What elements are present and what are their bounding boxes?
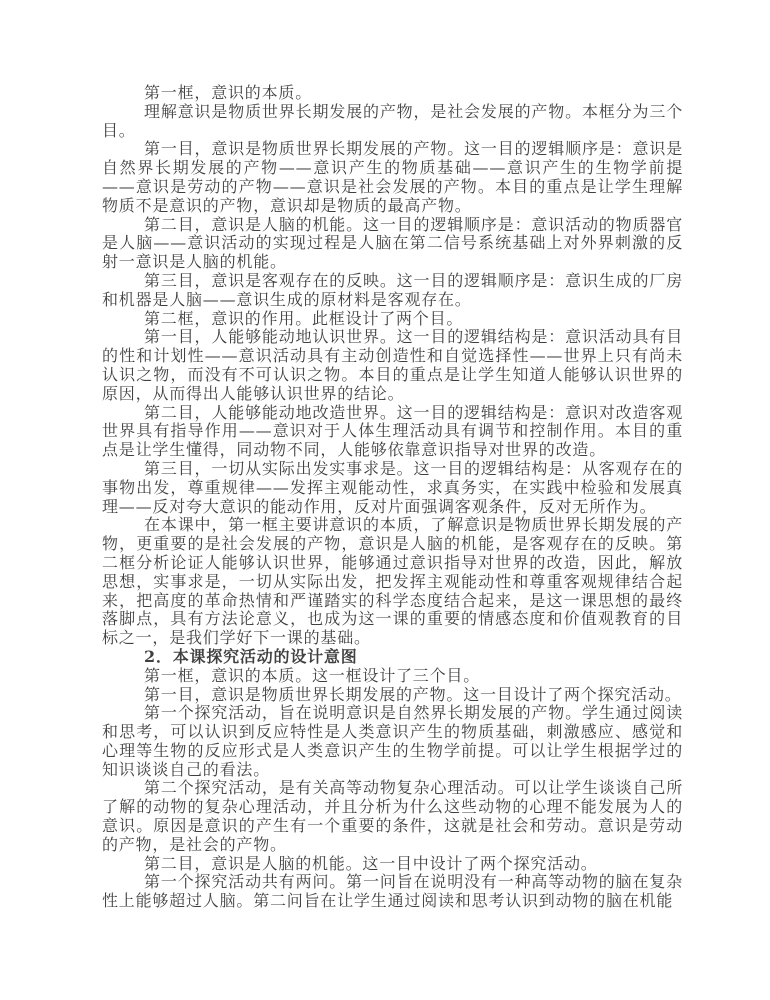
paragraph: 在本课中，第一框主要讲意识的本质，了解意识是物质世界长期发展的产物，更重要的是社… <box>102 516 683 648</box>
document-body: 第一框，意识的本质。理解意识是物质世界长期发展的产物，是社会发展的产物。本框分为… <box>102 84 683 911</box>
paragraph: 第一个探究活动共有两问。第一问旨在说明没有一种高等动物的脑在复杂性上能够超过人脑… <box>102 873 683 911</box>
document-page: 第一框，意识的本质。理解意识是物质世界长期发展的产物，是社会发展的产物。本框分为… <box>0 0 770 1000</box>
paragraph: 第二目，意识是人脑的机能。这一目中设计了两个探究活动。 <box>102 855 683 874</box>
paragraph: 第一目，意识是物质世界长期发展的产物。这一目设计了两个探究活动。 <box>102 686 683 705</box>
paragraph: 第二目，意识是人脑的机能。这一目的逻辑顺序是：意识活动的物质器官是人脑——意识活… <box>102 216 683 272</box>
paragraph: 理解意识是物质世界长期发展的产物，是社会发展的产物。本框分为三个目。 <box>102 103 683 141</box>
paragraph: 第三目，一切从实际出发实事求是。这一目的逻辑结构是：从客观存在的事物出发，尊重规… <box>102 460 683 516</box>
paragraph: 第一目，人能够能动地认识世界。这一目的逻辑结构是：意识活动具有目的性和计划性——… <box>102 328 683 403</box>
paragraph: 第一个探究活动，旨在说明意识是自然界长期发展的产物。学生通过阅读和思考，可以认识… <box>102 704 683 779</box>
paragraph: 第二个探究活动，是有关高等动物复杂心理活动。可以让学生谈谈自己所了解的动物的复杂… <box>102 779 683 854</box>
paragraph: 第一框，意识的本质。这一框设计了三个目。 <box>102 667 683 686</box>
paragraph: 第一框，意识的本质。 <box>102 84 683 103</box>
section-heading: 2．本课探究活动的设计意图 <box>102 648 683 667</box>
paragraph: 第三目，意识是客观存在的反映。这一目的逻辑顺序是：意识生成的厂房和机器是人脑——… <box>102 272 683 310</box>
paragraph: 第一目，意识是物质世界长期发展的产物。这一目的逻辑顺序是：意识是自然界长期发展的… <box>102 140 683 215</box>
paragraph: 第二框，意识的作用。此框设计了两个目。 <box>102 310 683 329</box>
paragraph: 第二目，人能够能动地改造世界。这一目的逻辑结构是：意识对改造客观世界具有指导作用… <box>102 404 683 460</box>
